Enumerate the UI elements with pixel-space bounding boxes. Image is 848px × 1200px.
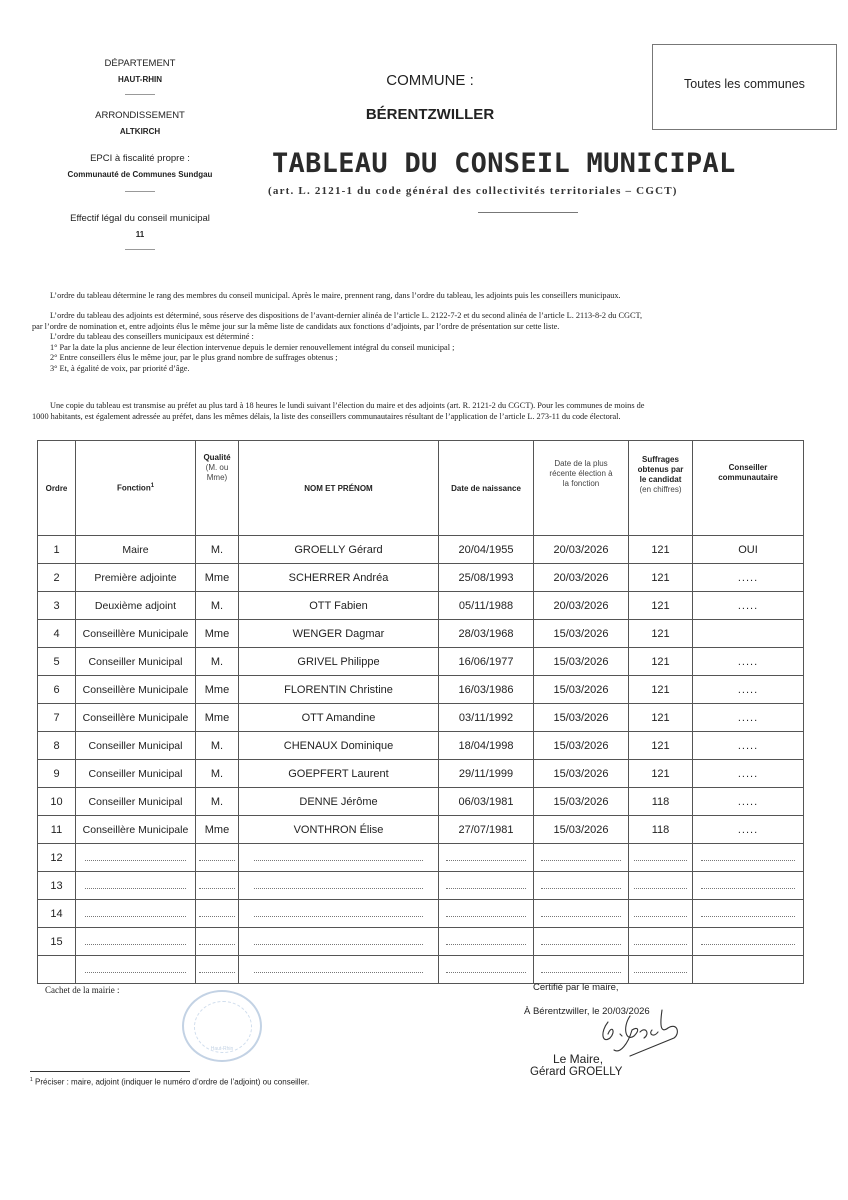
- footnote-marker: 1: [30, 1077, 33, 1083]
- certified-text: Certifié par le maire,: [533, 982, 619, 993]
- divider: [125, 191, 155, 192]
- header-election: Date de la plus récente élection à la fo…: [534, 441, 629, 536]
- cell-election-empty: [534, 928, 629, 956]
- commune-label: COMMUNE :: [300, 72, 560, 89]
- cell-nom: OTT Fabien: [239, 592, 439, 620]
- cell-communautaire: .....: [693, 788, 804, 816]
- intro-paragraph-1: L’ordre du tableau détermine le rang des…: [32, 291, 822, 302]
- dotted-line: [85, 888, 186, 889]
- intro-text: Une copie du tableau est transmise au pr…: [32, 401, 822, 412]
- page-title: TABLEAU DU CONSEIL MUNICIPAL: [272, 148, 812, 179]
- page-subtitle: (art. L. 2121-1 du code général des coll…: [268, 185, 808, 197]
- cell-nom-empty: [239, 900, 439, 928]
- intro-paragraph-2: L’ordre du tableau des adjoints est déte…: [32, 311, 822, 374]
- dotted-line: [634, 972, 688, 973]
- dotted-line: [85, 916, 186, 917]
- dotted-line: [254, 944, 423, 945]
- table-row: 2Première adjointeMmeSCHERRER Andréa25/0…: [38, 564, 804, 592]
- cell-nom: GOEPFERT Laurent: [239, 760, 439, 788]
- table-row: 8Conseiller MunicipalM.CHENAUX Dominique…: [38, 732, 804, 760]
- cell-nom: WENGER Dagmar: [239, 620, 439, 648]
- cell-communautaire: .....: [693, 648, 804, 676]
- stamp-text: Haut-Rhin: [184, 1046, 260, 1052]
- council-table: Ordre Fonction1 Qualité (M. ou Mme) NOM …: [37, 440, 804, 984]
- table-row-blank: 15: [38, 928, 804, 956]
- cell-naissance: 18/04/1998: [439, 732, 534, 760]
- cell-election: 15/03/2026: [534, 704, 629, 732]
- cell-fonction: Conseillère Municipale: [76, 620, 196, 648]
- divider: [125, 249, 155, 250]
- cell-fonction-empty: [76, 928, 196, 956]
- dotted-line: [446, 944, 526, 945]
- cell-ordre: 10: [38, 788, 76, 816]
- table-row: 7Conseillère MunicipaleMmeOTT Amandine03…: [38, 704, 804, 732]
- header-naissance: Date de naissance: [439, 441, 534, 536]
- footnote: 1 Préciser : maire, adjoint (indiquer le…: [30, 1077, 309, 1087]
- cell-qualite-empty: [196, 956, 239, 984]
- departement-value: HAUT-RHIN: [20, 75, 260, 84]
- dotted-line: [199, 944, 235, 945]
- table-row-blank: 12: [38, 844, 804, 872]
- cell-ordre: 8: [38, 732, 76, 760]
- cell-election: 15/03/2026: [534, 816, 629, 844]
- header-qualite: Qualité (M. ou Mme): [196, 441, 239, 536]
- dotted-line: [541, 944, 621, 945]
- cell-nom-empty: [239, 872, 439, 900]
- table-row: 10Conseiller MunicipalM.DENNE Jérôme06/0…: [38, 788, 804, 816]
- cell-naissance: 27/07/1981: [439, 816, 534, 844]
- dotted-line: [541, 916, 621, 917]
- cell-fonction: Conseiller Municipal: [76, 788, 196, 816]
- cell-qualite: Mme: [196, 620, 239, 648]
- cell-nom: VONTHRON Élise: [239, 816, 439, 844]
- dotted-line: [701, 916, 795, 917]
- cell-election-empty: [534, 872, 629, 900]
- cell-qualite: M.: [196, 760, 239, 788]
- cell-fonction-empty: [76, 844, 196, 872]
- cell-naissance-empty: [439, 872, 534, 900]
- table-row: 3Deuxième adjointM.OTT Fabien05/11/19882…: [38, 592, 804, 620]
- cell-suffrages-empty: [629, 928, 693, 956]
- cell-fonction: Première adjointe: [76, 564, 196, 592]
- cell-suffrages-empty: [629, 872, 693, 900]
- table-row: 4Conseillère MunicipaleMmeWENGER Dagmar2…: [38, 620, 804, 648]
- dotted-line: [701, 860, 795, 861]
- cell-naissance: 16/06/1977: [439, 648, 534, 676]
- cell-communautaire: .....: [693, 592, 804, 620]
- dotted-line: [446, 972, 526, 973]
- cell-suffrages: 121: [629, 592, 693, 620]
- header-fonction: Fonction1: [76, 441, 196, 536]
- cell-fonction: Conseillère Municipale: [76, 676, 196, 704]
- cell-qualite: M.: [196, 536, 239, 564]
- dotted-line: [634, 888, 688, 889]
- cell-ordre: 11: [38, 816, 76, 844]
- cell-qualite: Mme: [196, 816, 239, 844]
- dotted-line: [701, 944, 795, 945]
- dotted-line: [254, 860, 423, 861]
- cell-qualite: Mme: [196, 564, 239, 592]
- dotted-line: [254, 916, 423, 917]
- cell-suffrages-empty: [629, 900, 693, 928]
- cell-suffrages: 118: [629, 816, 693, 844]
- cell-suffrages: 121: [629, 620, 693, 648]
- cell-fonction: Conseillère Municipale: [76, 816, 196, 844]
- effectif-block: Effectif légal du conseil municipal 11: [20, 213, 260, 250]
- dotted-line: [634, 944, 688, 945]
- table-row: 1MaireM.GROELLY Gérard20/04/195520/03/20…: [38, 536, 804, 564]
- cell-naissance: 16/03/1986: [439, 676, 534, 704]
- cell-naissance: 05/11/1988: [439, 592, 534, 620]
- cell-qualite-empty: [196, 872, 239, 900]
- cell-nom: CHENAUX Dominique: [239, 732, 439, 760]
- cell-nom-empty: [239, 928, 439, 956]
- cell-suffrages: 121: [629, 648, 693, 676]
- intro-text: 1° Par la date la plus ancienne de leur …: [32, 343, 822, 354]
- header-nom: NOM ET PRÉNOM: [239, 441, 439, 536]
- cell-fonction-empty: [76, 956, 196, 984]
- cell-qualite: M.: [196, 732, 239, 760]
- table-row: 5Conseiller MunicipalM.GRIVEL Philippe16…: [38, 648, 804, 676]
- intro-text: L’ordre du tableau des adjoints est déte…: [32, 311, 822, 322]
- cell-naissance-empty: [439, 844, 534, 872]
- cell-suffrages: 121: [629, 564, 693, 592]
- cell-nom: FLORENTIN Christine: [239, 676, 439, 704]
- table-row: 11Conseillère MunicipaleMmeVONTHRON Élis…: [38, 816, 804, 844]
- cell-nom: DENNE Jérôme: [239, 788, 439, 816]
- epci-value: Communauté de Communes Sundgau: [20, 170, 260, 179]
- cell-ordre: 12: [38, 844, 76, 872]
- dotted-line: [199, 860, 235, 861]
- cell-communautaire-empty: [693, 900, 804, 928]
- cell-qualite-empty: [196, 844, 239, 872]
- cell-fonction-empty: [76, 900, 196, 928]
- cell-naissance: 25/08/1993: [439, 564, 534, 592]
- divider: [125, 94, 155, 95]
- title-divider: [478, 212, 578, 213]
- cell-suffrages: 121: [629, 536, 693, 564]
- epci-label: EPCI à fiscalité propre :: [20, 153, 260, 164]
- departement-block: DÉPARTEMENT HAUT-RHIN: [20, 58, 260, 95]
- table-row: 9Conseiller MunicipalM.GOEPFERT Laurent2…: [38, 760, 804, 788]
- dotted-line: [446, 860, 526, 861]
- cell-ordre: 7: [38, 704, 76, 732]
- commune-name: BÉRENTZWILLER: [300, 106, 560, 123]
- arrondissement-value: ALTKIRCH: [20, 127, 260, 136]
- dotted-line: [85, 944, 186, 945]
- intro-text: L’ordre du tableau des conseillers munic…: [32, 332, 822, 343]
- dotted-line: [85, 860, 186, 861]
- intro-text: par l’ordre de nomination et, entre adjo…: [32, 322, 822, 333]
- cell-communautaire-empty: [693, 844, 804, 872]
- cell-communautaire: .....: [693, 704, 804, 732]
- cell-communautaire: .....: [693, 564, 804, 592]
- intro-text: 1000 habitants, est également adressée a…: [32, 412, 822, 423]
- cell-ordre: [38, 956, 76, 984]
- cell-fonction: Conseiller Municipal: [76, 760, 196, 788]
- cell-naissance: 06/03/1981: [439, 788, 534, 816]
- cell-communautaire: .....: [693, 760, 804, 788]
- cell-election: 20/03/2026: [534, 564, 629, 592]
- intro-text: L’ordre du tableau détermine le rang des…: [32, 291, 822, 302]
- cell-communautaire-empty: [693, 928, 804, 956]
- cell-election: 15/03/2026: [534, 788, 629, 816]
- dotted-line: [541, 972, 621, 973]
- dotted-line: [541, 888, 621, 889]
- dotted-line: [634, 860, 688, 861]
- cell-suffrages: 121: [629, 732, 693, 760]
- arrondissement-label: ARRONDISSEMENT: [20, 110, 260, 121]
- cell-ordre: 1: [38, 536, 76, 564]
- cell-suffrages: 121: [629, 760, 693, 788]
- cell-ordre: 9: [38, 760, 76, 788]
- cell-fonction: Conseillère Municipale: [76, 704, 196, 732]
- cell-election-empty: [534, 900, 629, 928]
- intro-text: 3° Et, à égalité de voix, par priorité d…: [32, 364, 822, 375]
- epci-block: EPCI à fiscalité propre : Communauté de …: [20, 153, 260, 192]
- cell-suffrages-empty: [629, 844, 693, 872]
- table-header-row: Ordre Fonction1 Qualité (M. ou Mme) NOM …: [38, 441, 804, 536]
- cell-election: 15/03/2026: [534, 620, 629, 648]
- cell-qualite-empty: [196, 900, 239, 928]
- cell-election: 15/03/2026: [534, 760, 629, 788]
- cell-election: 20/03/2026: [534, 536, 629, 564]
- cell-fonction: Conseiller Municipal: [76, 732, 196, 760]
- cell-ordre: 6: [38, 676, 76, 704]
- cell-ordre: 13: [38, 872, 76, 900]
- table-row-blank: 14: [38, 900, 804, 928]
- cachet-label: Cachet de la mairie :: [45, 985, 119, 995]
- intro-text: 2° Entre conseillers élus le même jour, …: [32, 353, 822, 364]
- arrondissement-block: ARRONDISSEMENT ALTKIRCH: [20, 110, 260, 136]
- cell-ordre: 3: [38, 592, 76, 620]
- dotted-line: [254, 888, 423, 889]
- header-communautaire: Conseiller communautaire: [693, 441, 804, 536]
- cell-election: 15/03/2026: [534, 676, 629, 704]
- cell-communautaire: .....: [693, 676, 804, 704]
- dotted-line: [634, 916, 688, 917]
- intro-paragraph-4: Une copie du tableau est transmise au pr…: [32, 401, 822, 422]
- cell-fonction: Deuxième adjoint: [76, 592, 196, 620]
- cell-qualite: M.: [196, 788, 239, 816]
- cell-naissance: 29/11/1999: [439, 760, 534, 788]
- dotted-line: [446, 888, 526, 889]
- cell-communautaire: .....: [693, 816, 804, 844]
- footnote-text: Préciser : maire, adjoint (indiquer le n…: [35, 1078, 309, 1087]
- effectif-value: 11: [20, 230, 260, 239]
- header-suffrages: Suffrages obtenus par le candidat (en ch…: [629, 441, 693, 536]
- cell-communautaire-empty: [693, 956, 804, 984]
- cell-suffrages: 118: [629, 788, 693, 816]
- cell-naissance: 28/03/1968: [439, 620, 534, 648]
- cell-naissance-empty: [439, 928, 534, 956]
- table-row-blank: [38, 956, 804, 984]
- header-ordre: Ordre: [38, 441, 76, 536]
- cell-election-empty: [534, 956, 629, 984]
- signature-icon: [590, 1004, 690, 1064]
- table-row-blank: 13: [38, 872, 804, 900]
- cell-fonction-empty: [76, 872, 196, 900]
- cell-ordre: 4: [38, 620, 76, 648]
- dotted-line: [541, 860, 621, 861]
- cell-nom: GRIVEL Philippe: [239, 648, 439, 676]
- scope-box: Toutes les communes: [652, 44, 837, 130]
- dotted-line: [701, 888, 795, 889]
- cell-qualite: M.: [196, 592, 239, 620]
- cell-ordre: 14: [38, 900, 76, 928]
- cell-ordre: 2: [38, 564, 76, 592]
- cell-nom: SCHERRER Andréa: [239, 564, 439, 592]
- cell-naissance: 20/04/1955: [439, 536, 534, 564]
- cell-naissance: 03/11/1992: [439, 704, 534, 732]
- cell-ordre: 5: [38, 648, 76, 676]
- cell-naissance-empty: [439, 900, 534, 928]
- cell-fonction: Maire: [76, 536, 196, 564]
- cell-suffrages: 121: [629, 676, 693, 704]
- cell-naissance-empty: [439, 956, 534, 984]
- mairie-stamp: Haut-Rhin: [182, 990, 262, 1062]
- maire-name: Gérard GROELLY: [530, 1066, 622, 1078]
- cell-qualite-empty: [196, 928, 239, 956]
- dotted-line: [199, 916, 235, 917]
- cell-communautaire: [693, 620, 804, 648]
- cell-election: 15/03/2026: [534, 732, 629, 760]
- cell-suffrages: 121: [629, 704, 693, 732]
- cell-qualite: Mme: [196, 704, 239, 732]
- cell-election: 15/03/2026: [534, 648, 629, 676]
- cell-fonction: Conseiller Municipal: [76, 648, 196, 676]
- dotted-line: [254, 972, 423, 973]
- scope-text: Toutes les communes: [684, 77, 805, 91]
- cell-election-empty: [534, 844, 629, 872]
- cell-nom: GROELLY Gérard: [239, 536, 439, 564]
- maire-label: Le Maire,: [553, 1052, 603, 1066]
- cell-communautaire: OUI: [693, 536, 804, 564]
- dotted-line: [199, 972, 235, 973]
- cell-election: 20/03/2026: [534, 592, 629, 620]
- effectif-label: Effectif légal du conseil municipal: [20, 213, 260, 224]
- cell-ordre: 15: [38, 928, 76, 956]
- cell-qualite: Mme: [196, 676, 239, 704]
- cell-nom-empty: [239, 844, 439, 872]
- dotted-line: [199, 888, 235, 889]
- cell-communautaire: .....: [693, 732, 804, 760]
- departement-label: DÉPARTEMENT: [20, 58, 260, 69]
- dotted-line: [85, 972, 186, 973]
- cell-communautaire-empty: [693, 872, 804, 900]
- table-row: 6Conseillère MunicipaleMmeFLORENTIN Chri…: [38, 676, 804, 704]
- cell-suffrages-empty: [629, 956, 693, 984]
- cell-qualite: M.: [196, 648, 239, 676]
- cell-nom-empty: [239, 956, 439, 984]
- cell-nom: OTT Amandine: [239, 704, 439, 732]
- dotted-line: [446, 916, 526, 917]
- footnote-divider: [30, 1071, 190, 1072]
